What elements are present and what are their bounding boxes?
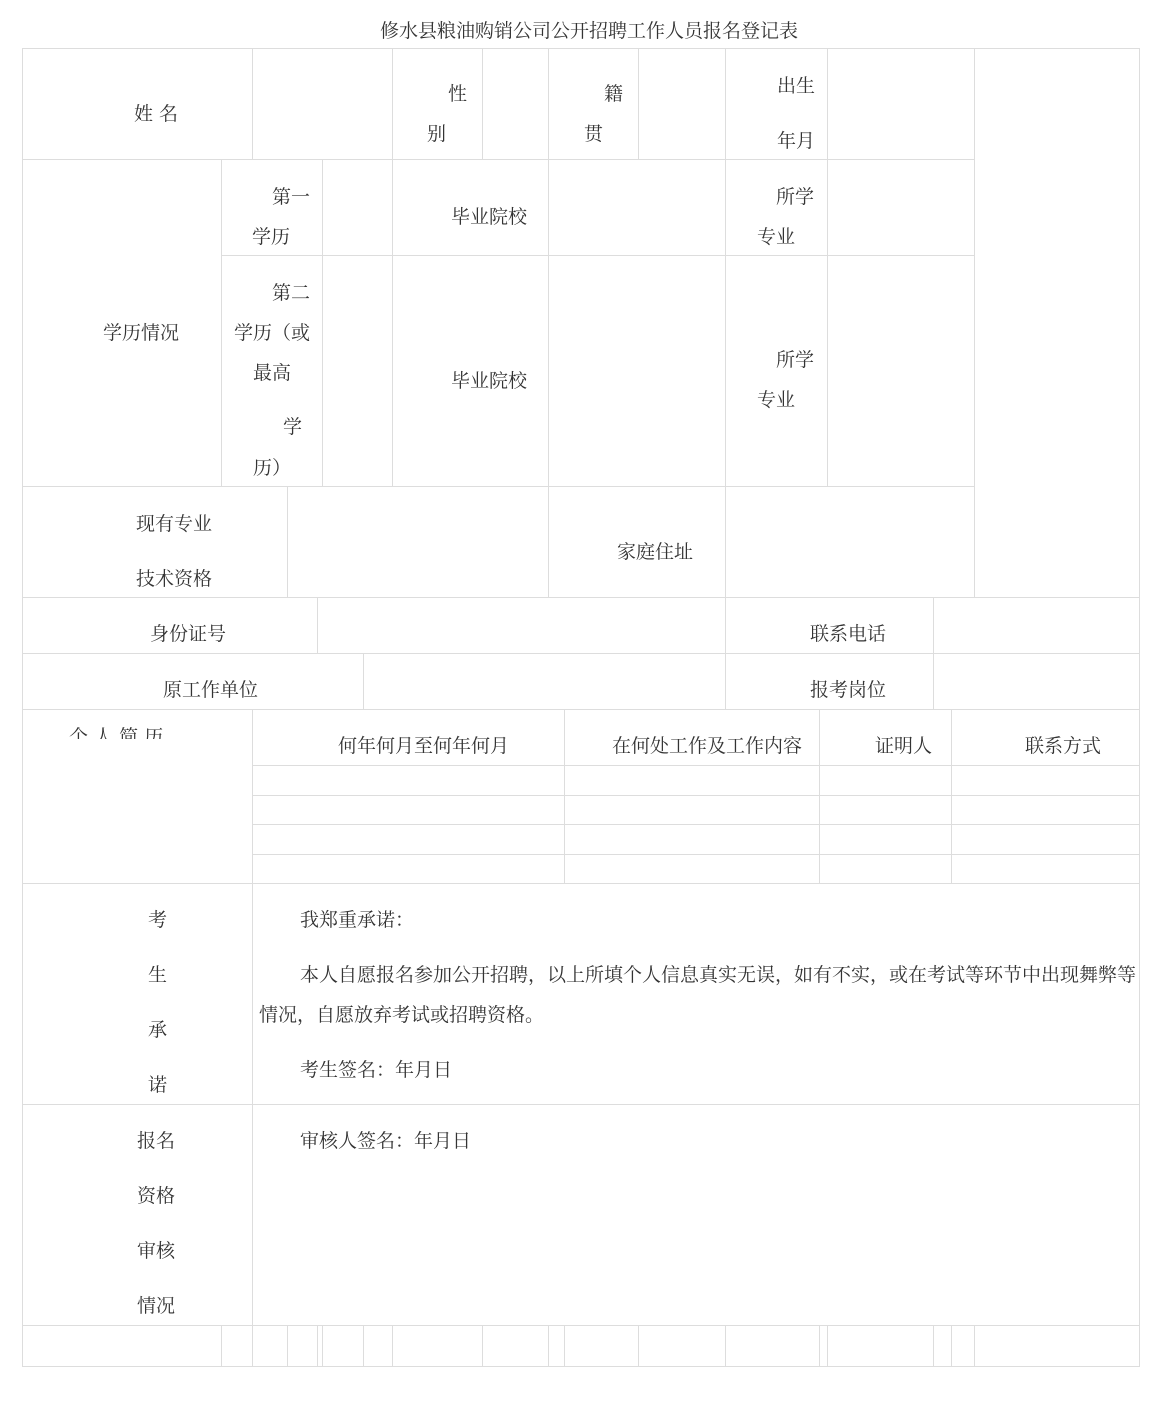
name-input[interactable] (252, 48, 393, 160)
education-section-label: 学历情况 (103, 322, 179, 344)
resume-row-3-workplace[interactable] (564, 824, 820, 855)
resume-col-contact-label: 联系方式 (1025, 735, 1101, 757)
grid-spacer (322, 1325, 364, 1367)
form-title: 修水县粮油购销公司公开招聘工作人员报名登记表 (0, 16, 1150, 43)
review-content-cell[interactable]: 审核人签名：年月日 (252, 1104, 1140, 1326)
education-section-label-cell: 学历情况 (22, 159, 222, 487)
gender-label-2: 别 (427, 123, 446, 145)
grid-spacer (392, 1325, 483, 1367)
grid-spacer (363, 1325, 393, 1367)
birth-label-2: 年月 (777, 130, 815, 152)
first-school-label: 毕业院校 (451, 206, 527, 228)
grid-spacer (933, 1325, 952, 1367)
second-degree-label-cell: 第二 学历（或 最高 学 历） (221, 255, 323, 487)
first-school-label-cell: 毕业院校 (392, 159, 549, 256)
resume-col-workplace: 在何处工作及工作内容 (564, 709, 820, 766)
gender-input[interactable] (482, 48, 549, 160)
grid-spacer (221, 1325, 253, 1367)
resume-row-2-period[interactable] (252, 795, 565, 825)
second-school-label: 毕业院校 (451, 370, 527, 392)
native-input[interactable] (638, 48, 726, 160)
second-degree-label-4: 学 (283, 416, 302, 438)
grid-spacer (725, 1325, 820, 1367)
name-label: 姓 名 (134, 103, 178, 125)
second-degree-label-3: 最高 (253, 362, 291, 384)
resume-row-2-workplace[interactable] (564, 795, 820, 825)
review-label-cell: 报名 资格 审核 情况 (22, 1104, 253, 1326)
review-signature: 审核人签名：年月日 (300, 1130, 471, 1152)
unit-input[interactable] (363, 653, 726, 710)
grid-spacer (287, 1325, 318, 1367)
resume-row-4-period[interactable] (252, 854, 565, 884)
grid-spacer (827, 1325, 934, 1367)
photo-cell[interactable] (974, 48, 1140, 598)
resume-col-workplace-label: 在何处工作及工作内容 (612, 735, 802, 757)
first-degree-label-1: 第一 (272, 186, 310, 208)
review-label-line: 报名 (137, 1130, 175, 1152)
first-major-label-1: 所学 (776, 186, 814, 208)
phone-input[interactable] (933, 597, 1140, 654)
birth-label-cell: 出生 年月 (725, 48, 828, 160)
resume-row-1-witness[interactable] (819, 765, 952, 796)
resume-row-4-witness[interactable] (819, 854, 952, 884)
second-degree-label-2: 学历（或 (234, 322, 310, 344)
qualification-label-2: 技术资格 (136, 568, 212, 590)
review-label-line: 资格 (137, 1185, 175, 1207)
gender-label-1: 性 (448, 83, 467, 105)
position-label-cell: 报考岗位 (725, 653, 934, 710)
second-major-label-1: 所学 (776, 349, 814, 371)
gender-label-cell: 性 别 (392, 48, 483, 160)
pledge-signature: 考生签名：年月日 (300, 1059, 452, 1081)
resume-col-period: 何年何月至何年何月 (252, 709, 565, 766)
id-label: 身份证号 (150, 623, 226, 645)
resume-row-1-contact[interactable] (951, 765, 1140, 796)
second-degree-label-5: 历） (253, 457, 291, 479)
address-label-cell: 家庭住址 (548, 486, 726, 598)
second-major-input[interactable] (827, 255, 975, 487)
resume-row-1-workplace[interactable] (564, 765, 820, 796)
pledge-content-cell: 我郑重承诺： 本人自愿报名参加公开招聘，以上所填个人信息真实无误，如有不实，或在… (252, 883, 1140, 1105)
unit-label-cell: 原工作单位 (22, 653, 364, 710)
resume-row-2-contact[interactable] (951, 795, 1140, 825)
name-label-cell: 姓 名 (22, 48, 253, 160)
second-major-label-cell: 所学 专业 (725, 255, 828, 487)
pledge-label-char: 考 (148, 909, 167, 931)
first-major-label-2: 专业 (757, 226, 795, 248)
pledge-label-char: 生 (148, 964, 167, 986)
resume-col-witness-label: 证明人 (875, 735, 932, 757)
qualification-input[interactable] (287, 486, 549, 598)
phone-label-cell: 联系电话 (725, 597, 934, 654)
first-degree-label-cell: 第一 学历 (221, 159, 323, 256)
birth-label-1: 出生 (777, 75, 815, 97)
review-label-line: 情况 (137, 1295, 175, 1317)
phone-label: 联系电话 (810, 623, 886, 645)
pledge-label-char: 承 (148, 1019, 167, 1041)
id-label-cell: 身份证号 (22, 597, 318, 654)
grid-spacer (638, 1325, 726, 1367)
native-label-1: 籍 (604, 83, 623, 105)
first-major-input[interactable] (827, 159, 975, 256)
grid-spacer (548, 1325, 565, 1367)
second-school-input[interactable] (548, 255, 726, 487)
birth-input[interactable] (827, 48, 975, 160)
second-degree-input[interactable] (322, 255, 393, 487)
resume-row-3-contact[interactable] (951, 824, 1140, 855)
second-school-label-cell: 毕业院校 (392, 255, 549, 487)
id-input[interactable] (317, 597, 726, 654)
resume-row-2-witness[interactable] (819, 795, 952, 825)
first-degree-input[interactable] (322, 159, 393, 256)
qualification-label-1: 现有专业 (136, 513, 212, 535)
grid-spacer (252, 1325, 288, 1367)
grid-spacer (482, 1325, 549, 1367)
grid-spacer (22, 1325, 222, 1367)
qualification-label-cell: 现有专业 技术资格 (22, 486, 288, 598)
unit-label: 原工作单位 (163, 679, 258, 701)
address-input[interactable] (725, 486, 975, 598)
resume-label: 个 人 简 历 (69, 726, 163, 739)
resume-label-cell: 个 人 简 历 (22, 709, 253, 884)
resume-row-4-workplace[interactable] (564, 854, 820, 884)
native-label-2: 贯 (584, 123, 603, 145)
first-degree-label-2: 学历 (252, 226, 290, 248)
resume-col-period-label: 何年何月至何年何月 (338, 735, 509, 757)
grid-spacer (974, 1325, 1140, 1367)
grid-spacer (564, 1325, 639, 1367)
position-label: 报考岗位 (810, 679, 886, 701)
pledge-heading: 我郑重承诺： (300, 909, 414, 931)
address-label: 家庭住址 (617, 541, 693, 563)
pledge-body: 本人自愿报名参加公开招聘，以上所填个人信息真实无误，如有不实，或在考试等环节中出… (259, 955, 1137, 1035)
second-degree-label-1: 第二 (272, 282, 310, 304)
pledge-label-char: 诺 (148, 1074, 167, 1096)
first-major-label-cell: 所学 专业 (725, 159, 828, 256)
resume-row-4-contact[interactable] (951, 854, 1140, 884)
first-school-input[interactable] (548, 159, 726, 256)
resume-row-3-period[interactable] (252, 824, 565, 855)
resume-row-1-period[interactable] (252, 765, 565, 796)
position-input[interactable] (933, 653, 1140, 710)
resume-row-3-witness[interactable] (819, 824, 952, 855)
review-label-line: 审核 (137, 1240, 175, 1262)
grid-spacer (951, 1325, 975, 1367)
native-label-cell: 籍 贯 (548, 48, 639, 160)
resume-col-contact: 联系方式 (951, 709, 1140, 766)
resume-col-witness: 证明人 (819, 709, 952, 766)
second-major-label-2: 专业 (757, 389, 795, 411)
pledge-label-cell: 考 生 承 诺 (22, 883, 253, 1105)
